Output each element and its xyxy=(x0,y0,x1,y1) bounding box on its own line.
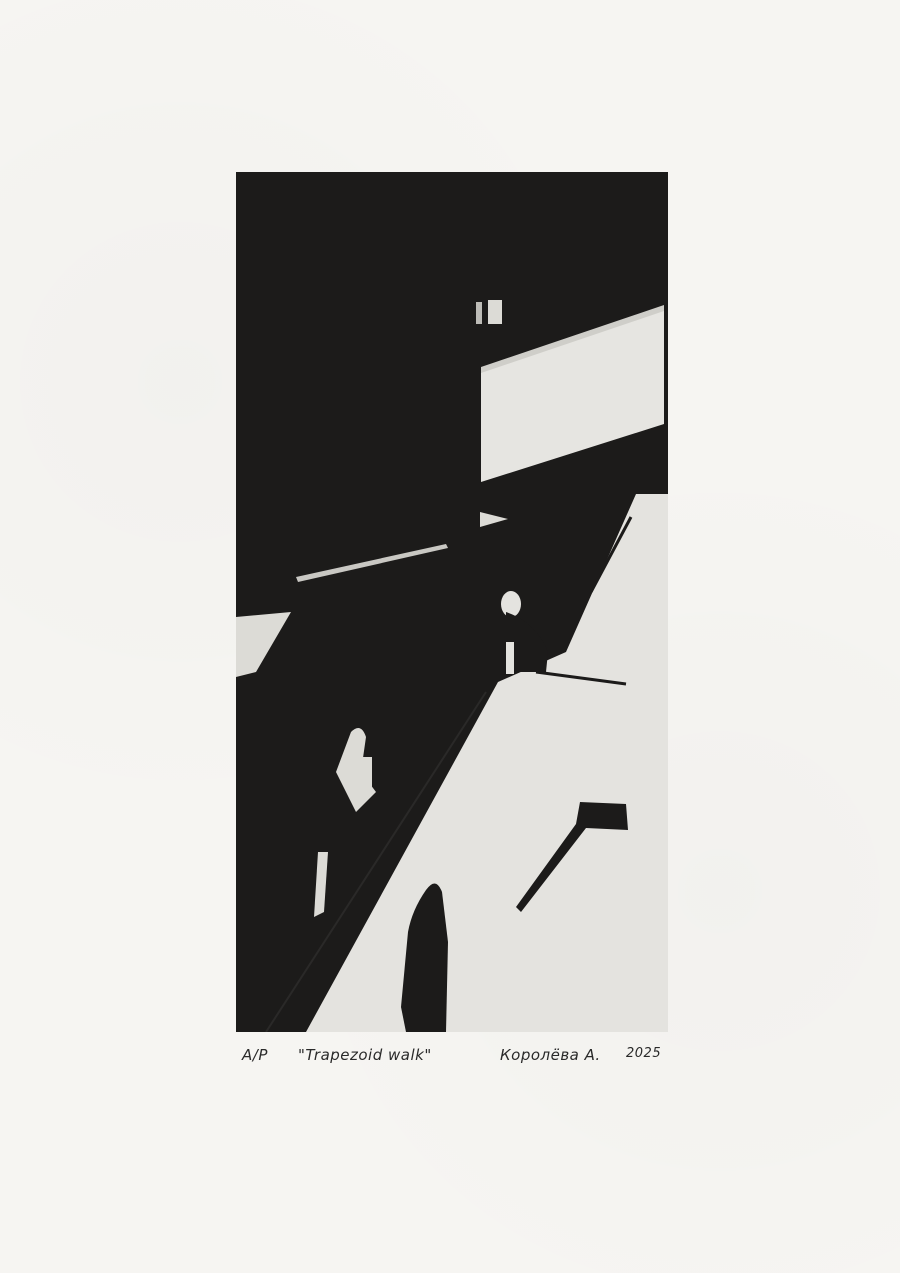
etching-print xyxy=(236,172,668,1032)
print-caption: A/P "Trapezoid walk" Королёва А. 2025 xyxy=(240,1042,670,1072)
artist-signature: Королёва А. xyxy=(500,1046,601,1064)
edition-label: A/P xyxy=(242,1046,268,1064)
window-cube xyxy=(488,300,502,324)
artwork-year: 2025 xyxy=(626,1046,661,1061)
window-cube-side xyxy=(476,302,482,324)
artwork-title: "Trapezoid walk" xyxy=(298,1046,432,1064)
